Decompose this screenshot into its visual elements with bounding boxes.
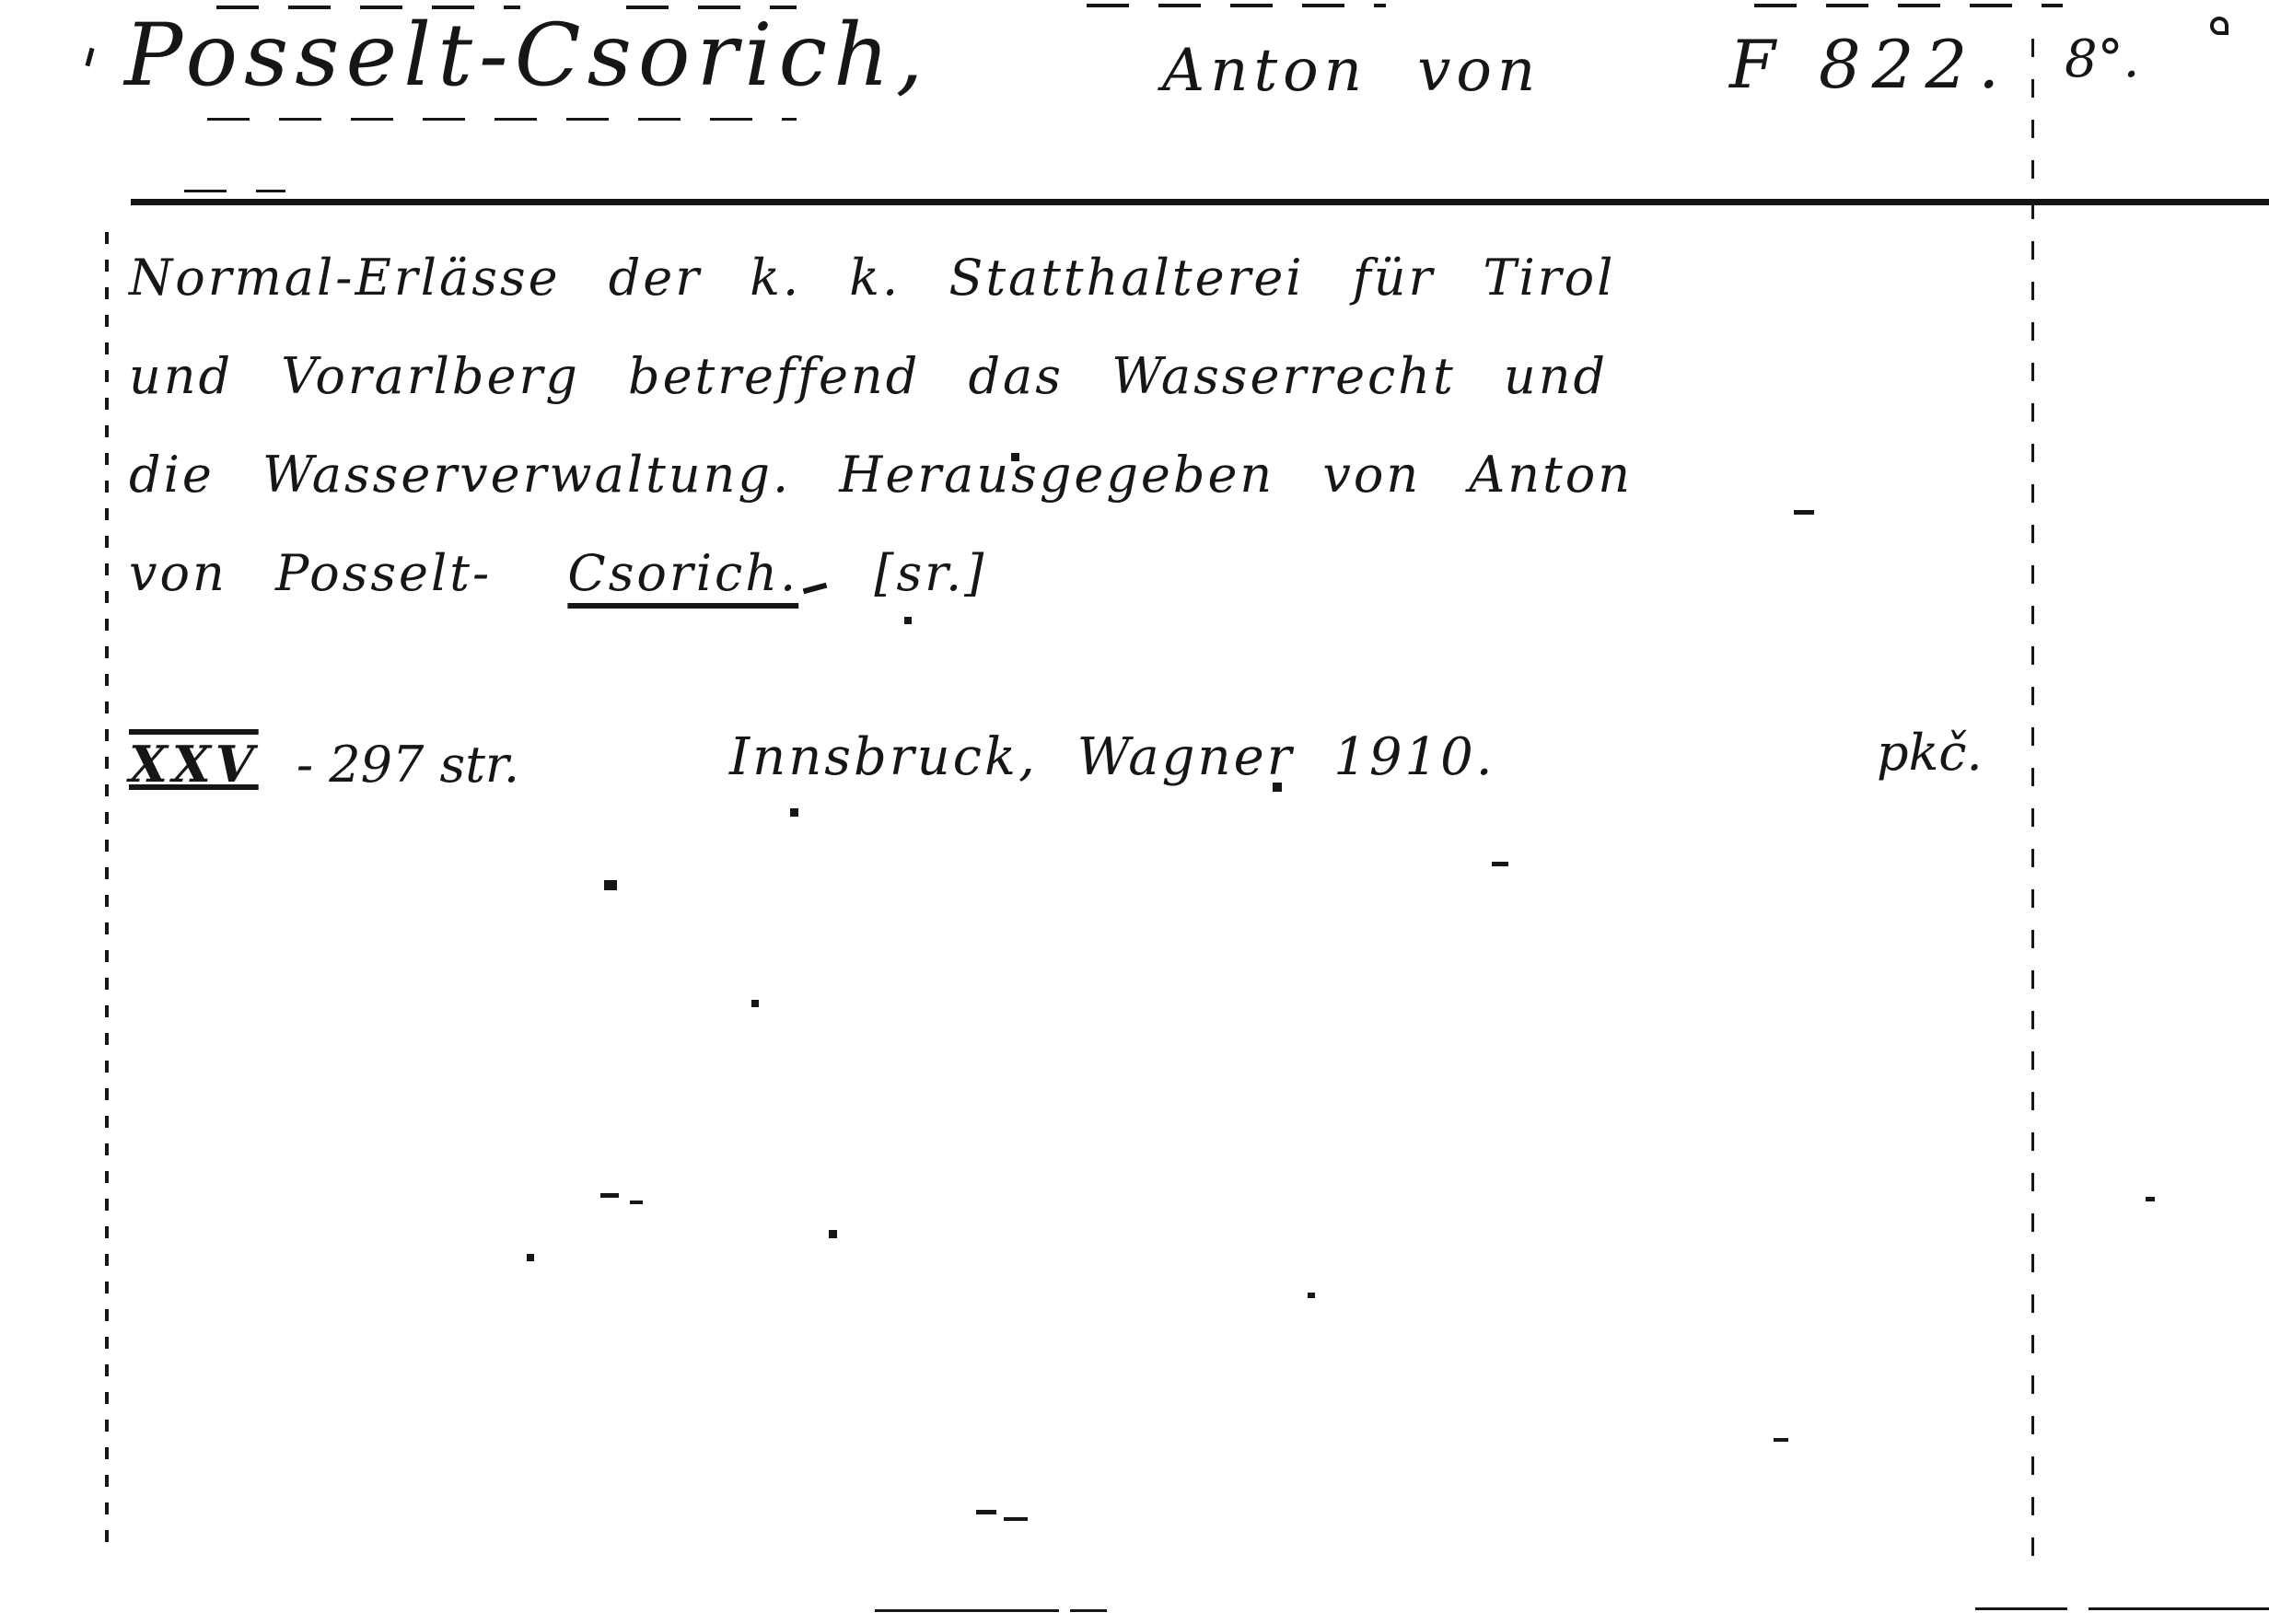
noise-speck: [1011, 453, 1019, 461]
noise-speck: [1492, 862, 1508, 866]
noise-speck: [600, 1193, 619, 1198]
noise-speck: [1794, 510, 1814, 515]
page-extent: - 297 str.: [297, 736, 519, 794]
left-margin-dotted-line: [105, 232, 109, 1558]
author-given-names: Anton von: [1162, 37, 1541, 105]
noise-speck: [604, 880, 617, 890]
author-underline-dash: [207, 118, 797, 121]
entry-line-4-bracket-note: [sr.]: [874, 544, 986, 602]
top-guide-dash: [1754, 4, 2063, 7]
noise-speck: [829, 1230, 837, 1238]
shelfmark: F 822.: [1729, 26, 2010, 103]
volume-numeral: XXV: [129, 735, 259, 794]
noise-speck: [2146, 1197, 2155, 1201]
price-note: pkč.: [1877, 724, 1983, 782]
bottom-guide-dash: [2089, 1607, 2269, 1610]
noise-speck: [85, 48, 94, 67]
top-guide-dash: [1087, 4, 1386, 7]
entry-body: Normal-Erlässe der k. k. Statthalterei f…: [129, 228, 2026, 622]
noise-speck: [790, 808, 798, 817]
entry-line-2: und Vorarlberg betreffend das Wasserrech…: [129, 327, 2026, 425]
format-size: 8°.: [2065, 29, 2139, 89]
noise-speck: [1308, 1293, 1315, 1298]
entry-line-4-prefix: von Posselt-: [129, 544, 492, 602]
noise-speck: [2210, 17, 2228, 35]
entry-line-3: die Wasserverwaltung. Herausgegeben von …: [129, 425, 2026, 524]
header-rule: [131, 199, 2269, 205]
bottom-guide-dash: [1070, 1609, 1107, 1612]
noise-speck: [904, 617, 912, 624]
author-heading: Posselt-Csorich,: [124, 6, 930, 106]
entry-line-1: Normal-Erlässe der k. k. Statthalterei f…: [129, 228, 2026, 327]
noise-speck: [976, 1510, 996, 1514]
noise-speck: [527, 1254, 534, 1261]
entry-line-4-underlined-name: Csorich.: [567, 544, 798, 602]
noise-speck: [1273, 783, 1282, 792]
noise-speck: [1004, 1517, 1028, 1521]
bottom-guide-dash: [1975, 1607, 2067, 1610]
bottom-guide-dash: [875, 1609, 1059, 1612]
catalog-card: Posselt-Csorich, Anton von F 822. 8°. No…: [0, 0, 2269, 1624]
noise-speck: [1774, 1438, 1788, 1442]
pre-rule-dash: [184, 190, 285, 192]
noise-speck: [751, 1000, 759, 1007]
entry-line-4: von Posselt- Csorich. [sr.]: [129, 524, 2026, 622]
right-margin-dashed-line: [2031, 39, 2034, 1578]
collation-extent: XXV - 297 str.: [129, 735, 519, 794]
noise-speck: [630, 1201, 643, 1204]
imprint: Innsbruck, Wagner 1910.: [729, 727, 1495, 787]
